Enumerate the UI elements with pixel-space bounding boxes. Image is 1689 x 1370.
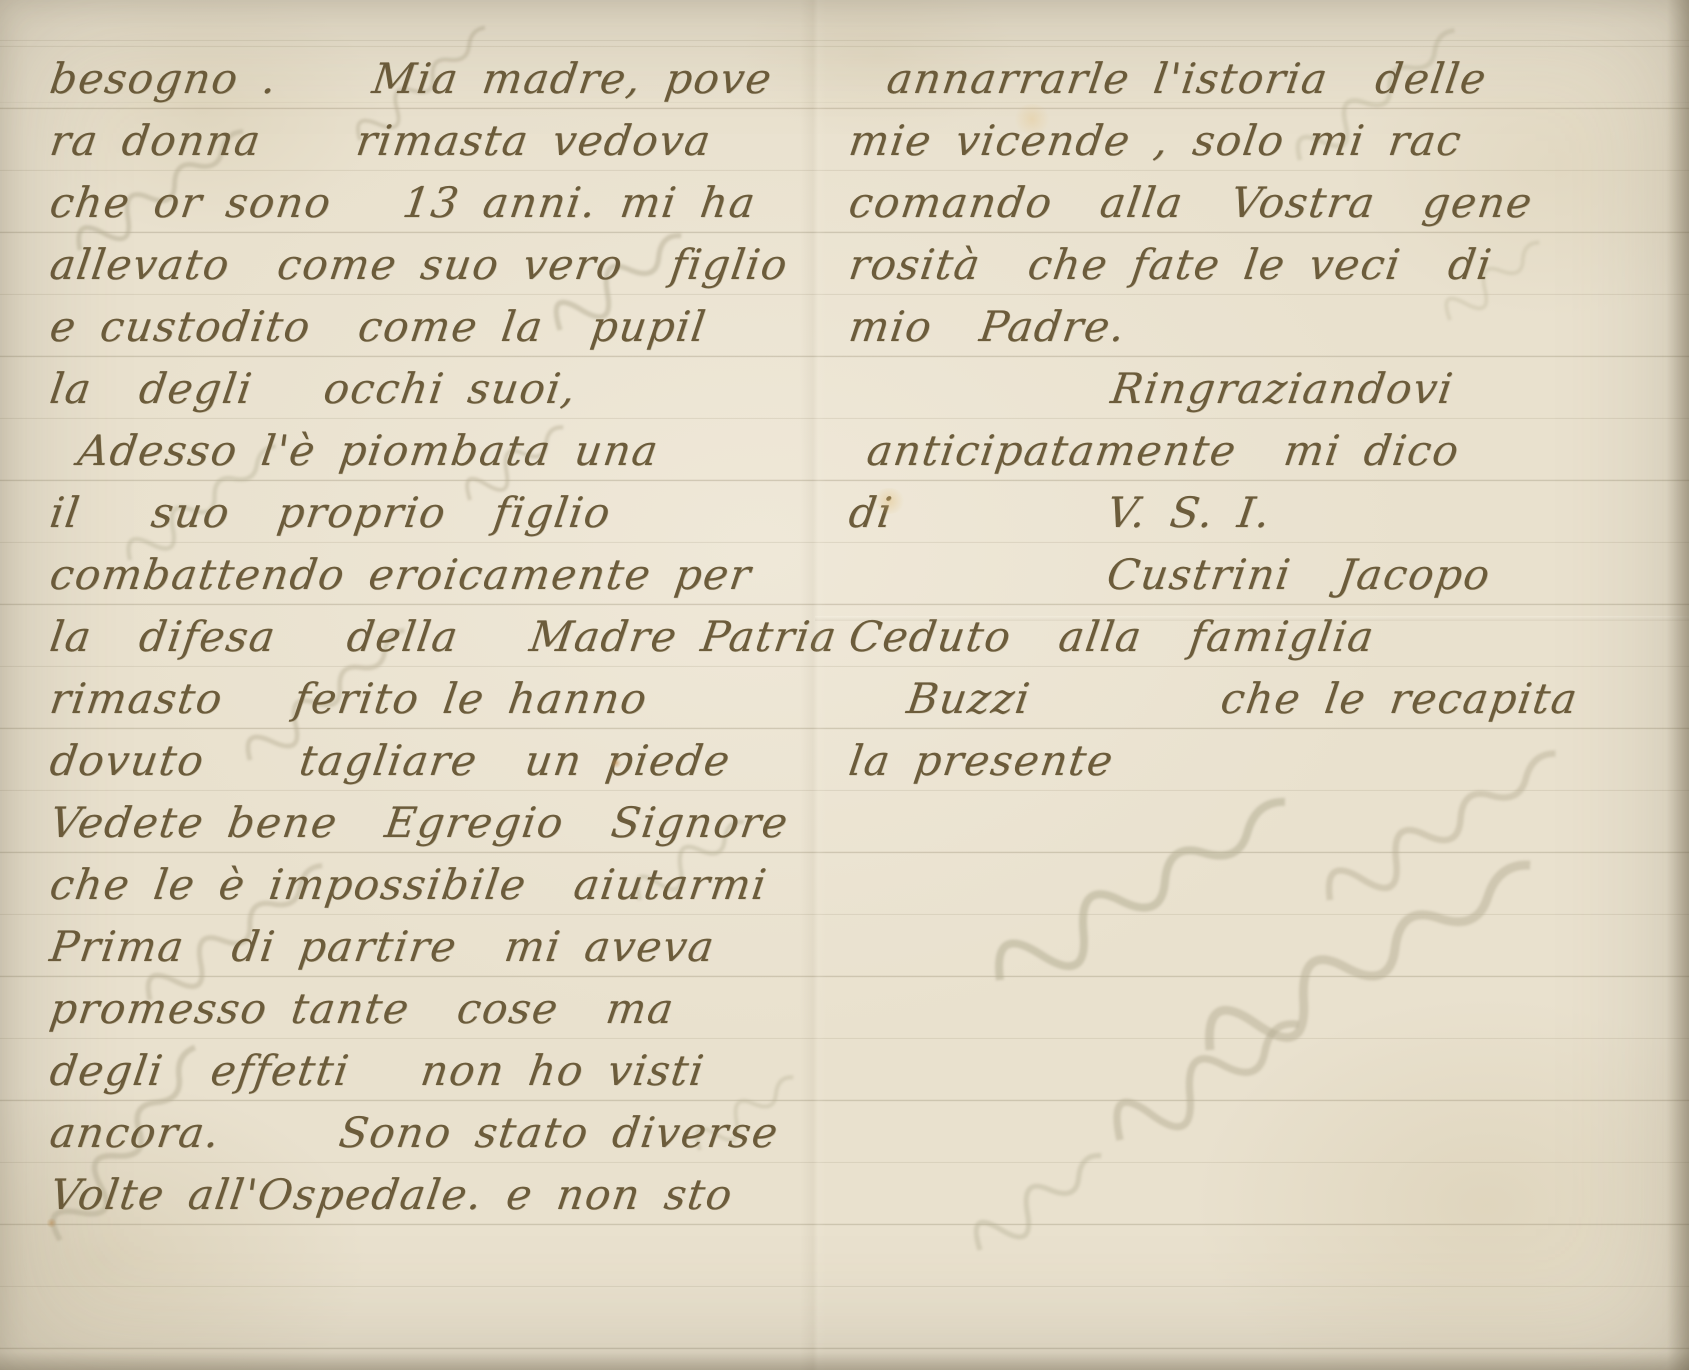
- handwritten-text: che le è impossibile aiutarmi: [46, 854, 771, 916]
- handwritten-text: degli effetti non ho visti: [46, 1040, 709, 1102]
- letter-left-page: besogno . Mia madre, pove ra donna rimas…: [46, 48, 786, 1226]
- letter-sheet: besogno . Mia madre, pove ra donna rimas…: [0, 0, 1689, 1370]
- handwritten-line: ancora. Sono stato diverse: [46, 1102, 786, 1164]
- handwritten-text: rimasto ferito le hanno: [46, 668, 652, 730]
- handwritten-line: anticipatamente mi dico: [863, 420, 1645, 482]
- handwritten-text: rosità che fate le veci di: [845, 234, 1496, 296]
- handwritten-text: mie vicende , solo mi rac: [845, 110, 1466, 172]
- page-edge-shadow: [0, 1352, 1689, 1370]
- handwritten-text: anticipatamente mi dico: [863, 420, 1464, 482]
- handwritten-line: allevato come suo vero figlio: [46, 234, 786, 296]
- handwritten-text: dovuto tagliare un piede: [46, 730, 735, 792]
- handwritten-text: Volte all'Ospedale. e non sto: [46, 1164, 737, 1226]
- handwritten-line: Ceduto alla famiglia: [845, 606, 1645, 668]
- handwritten-line: Ringraziandovi: [1107, 358, 1645, 420]
- letter-right-page: annarrarle l'istoria delle mie vicende ,…: [845, 48, 1645, 792]
- handwritten-text: mio Padre.: [845, 296, 1130, 358]
- handwritten-line: mio Padre.: [845, 296, 1645, 358]
- handwritten-text: Buzzi che le recapita: [903, 668, 1582, 730]
- handwritten-text: Adesso l'è piombata una: [74, 420, 663, 482]
- handwritten-text: comando alla Vostra gene: [845, 172, 1537, 234]
- handwritten-text: annarrarle l'istoria delle: [883, 48, 1491, 110]
- handwritten-line: dovuto tagliare un piede: [46, 730, 786, 792]
- handwritten-line: mie vicende , solo mi rac: [845, 110, 1645, 172]
- handwritten-line: combattendo eroicamente per: [46, 544, 786, 606]
- handwritten-text: e custodito come la pupil: [46, 296, 711, 358]
- handwritten-line: la presente: [845, 730, 1645, 792]
- handwritten-text: il suo proprio figlio: [46, 482, 615, 544]
- handwritten-line: rimasto ferito le hanno: [46, 668, 786, 730]
- handwritten-text: la degli occhi suoi,: [46, 358, 581, 420]
- handwritten-line: e custodito come la pupil: [46, 296, 786, 358]
- handwritten-text: la difesa della Madre Patria: [46, 606, 842, 668]
- handwritten-line: che le è impossibile aiutarmi: [46, 854, 786, 916]
- handwritten-line: che or sono 13 anni. mi ha: [46, 172, 786, 234]
- handwritten-text: Ringraziandovi: [1107, 358, 1458, 420]
- handwritten-line: la difesa della Madre Patria: [46, 606, 786, 668]
- page-edge-shadow: [1667, 0, 1689, 1370]
- handwritten-text: ancora. Sono stato diverse: [46, 1102, 783, 1164]
- handwritten-text: Ceduto alla famiglia: [845, 606, 1379, 668]
- handwritten-line: il suo proprio figlio: [46, 482, 786, 544]
- handwritten-text: allevato come suo vero figlio: [46, 234, 792, 296]
- handwritten-text: ra donna rimasta vedova: [46, 110, 716, 172]
- handwritten-line: Volte all'Ospedale. e non sto: [46, 1164, 786, 1226]
- handwritten-text: besogno . Mia madre, pove: [46, 48, 777, 110]
- handwritten-line: Adesso l'è piombata una: [74, 420, 786, 482]
- handwritten-line: Buzzi che le recapita: [903, 668, 1645, 730]
- handwritten-text: di V. S. I.: [845, 482, 1275, 544]
- handwritten-text: la presente: [845, 730, 1118, 792]
- handwritten-text: combattendo eroicamente per: [46, 544, 756, 606]
- handwritten-line signature-line: Custrini Jacopo: [1103, 544, 1645, 606]
- handwritten-line: degli effetti non ho visti: [46, 1040, 786, 1102]
- handwritten-line: Vedete bene Egregio Signore: [46, 792, 786, 854]
- handwritten-line: di V. S. I.: [845, 482, 1645, 544]
- handwritten-text: promesso tante cose ma: [46, 978, 679, 1040]
- handwritten-line: rosità che fate le veci di: [845, 234, 1645, 296]
- handwritten-line: besogno . Mia madre, pove: [46, 48, 786, 110]
- handwritten-line: annarrarle l'istoria delle: [883, 48, 1645, 110]
- handwritten-line: ra donna rimasta vedova: [46, 110, 786, 172]
- signature-text: Custrini Jacopo: [1103, 544, 1495, 606]
- handwritten-text: Prima di partire mi aveva: [46, 916, 719, 978]
- handwritten-line: comando alla Vostra gene: [845, 172, 1645, 234]
- handwritten-text: che or sono 13 anni. mi ha: [46, 172, 760, 234]
- handwritten-line: la degli occhi suoi,: [46, 358, 786, 420]
- handwritten-line: Prima di partire mi aveva: [46, 916, 786, 978]
- handwritten-text: Vedete bene Egregio Signore: [46, 792, 793, 854]
- handwritten-line: promesso tante cose ma: [46, 978, 786, 1040]
- center-fold: [800, 0, 826, 1370]
